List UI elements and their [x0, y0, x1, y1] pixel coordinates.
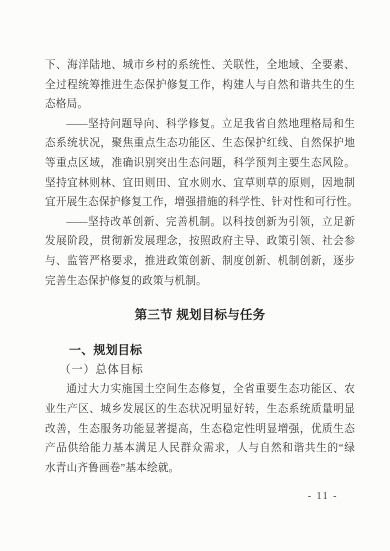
- text-line: ——坚持问题导向、科学修复。立足我省自然地理格局和生: [45, 115, 355, 135]
- text-line: （一）总体目标: [45, 361, 355, 381]
- document-page: 下、海洋陆地、城市乡村的系统性、关联性，全地域、全要素、全过程统筹推进生态保护修…: [0, 0, 390, 551]
- text-line: 发展阶段，贯彻新发展理念，按照政府主导、政策引领、社会参: [45, 232, 355, 252]
- text-line: 态格局。: [45, 95, 355, 115]
- text-line: 改善，生态服务功能显著提高，生态稳定性明显增强，优质生态: [45, 420, 355, 440]
- text-line: 通过大力实施国土空间生态修复，全省重要生态功能区、农: [45, 380, 355, 400]
- text-line: 态系统状况，聚焦重点生态功能区、生态保护红线、自然保护地: [45, 134, 355, 154]
- text-line: 与、监管严格要求，推进政策创新、制度创新、机制创新，逐步: [45, 252, 355, 272]
- text-line: 业生产区、城乡发展区的生态状况明显好转，生态系统质量明显: [45, 400, 355, 420]
- text-line: 下、海洋陆地、城市乡村的系统性、关联性，全地域、全要素、: [45, 56, 355, 76]
- section-heading: 第三节 规划目标与任务: [45, 305, 355, 325]
- text-line: 第三节 规划目标与任务: [45, 305, 355, 325]
- text-line: 一、规划目标: [45, 341, 355, 361]
- text-line: 全过程统筹推进生态保护修复工作，构建人与自然和谐共生的生: [45, 76, 355, 96]
- text-line: 完善生态保护修复的政策与机制。: [45, 272, 355, 292]
- paragraph: ——坚持改革创新、完善机制。以科技创新为引领，立足新发展阶段，贯彻新发展理念，按…: [45, 213, 355, 291]
- text-line: 宜开展生态保护修复工作，增强措施的科学性、针对性和可行性。: [45, 193, 355, 213]
- text-line: ——坚持改革创新、完善机制。以科技创新为引领，立足新: [45, 213, 355, 233]
- paragraph: ——坚持问题导向、科学修复。立足我省自然地理格局和生态系统状况，聚焦重点生态功能…: [45, 115, 355, 213]
- page-number: - 11 -: [308, 491, 338, 502]
- text-line: 产品供给能力基本满足人民群众需求，人与自然和谐共生的“绿: [45, 439, 355, 459]
- paragraph: 下、海洋陆地、城市乡村的系统性、关联性，全地域、全要素、全过程统筹推进生态保护修…: [45, 56, 355, 115]
- kaiti-heading: （一）总体目标: [45, 361, 355, 381]
- text-line: 等重点区域，准确识别突出生态问题，科学预判主要生态风险。: [45, 154, 355, 174]
- sub-heading: 一、规划目标: [45, 341, 355, 361]
- paragraph: 通过大力实施国土空间生态修复，全省重要生态功能区、农业生产区、城乡发展区的生态状…: [45, 380, 355, 478]
- text-line: 水青山齐鲁画卷”基本绘就。: [45, 459, 355, 479]
- page-body: 下、海洋陆地、城市乡村的系统性、关联性，全地域、全要素、全过程统筹推进生态保护修…: [45, 56, 355, 478]
- text-line: 坚持宜林则林、宜田则田、宜水则水、宜草则草的原则，因地制: [45, 174, 355, 194]
